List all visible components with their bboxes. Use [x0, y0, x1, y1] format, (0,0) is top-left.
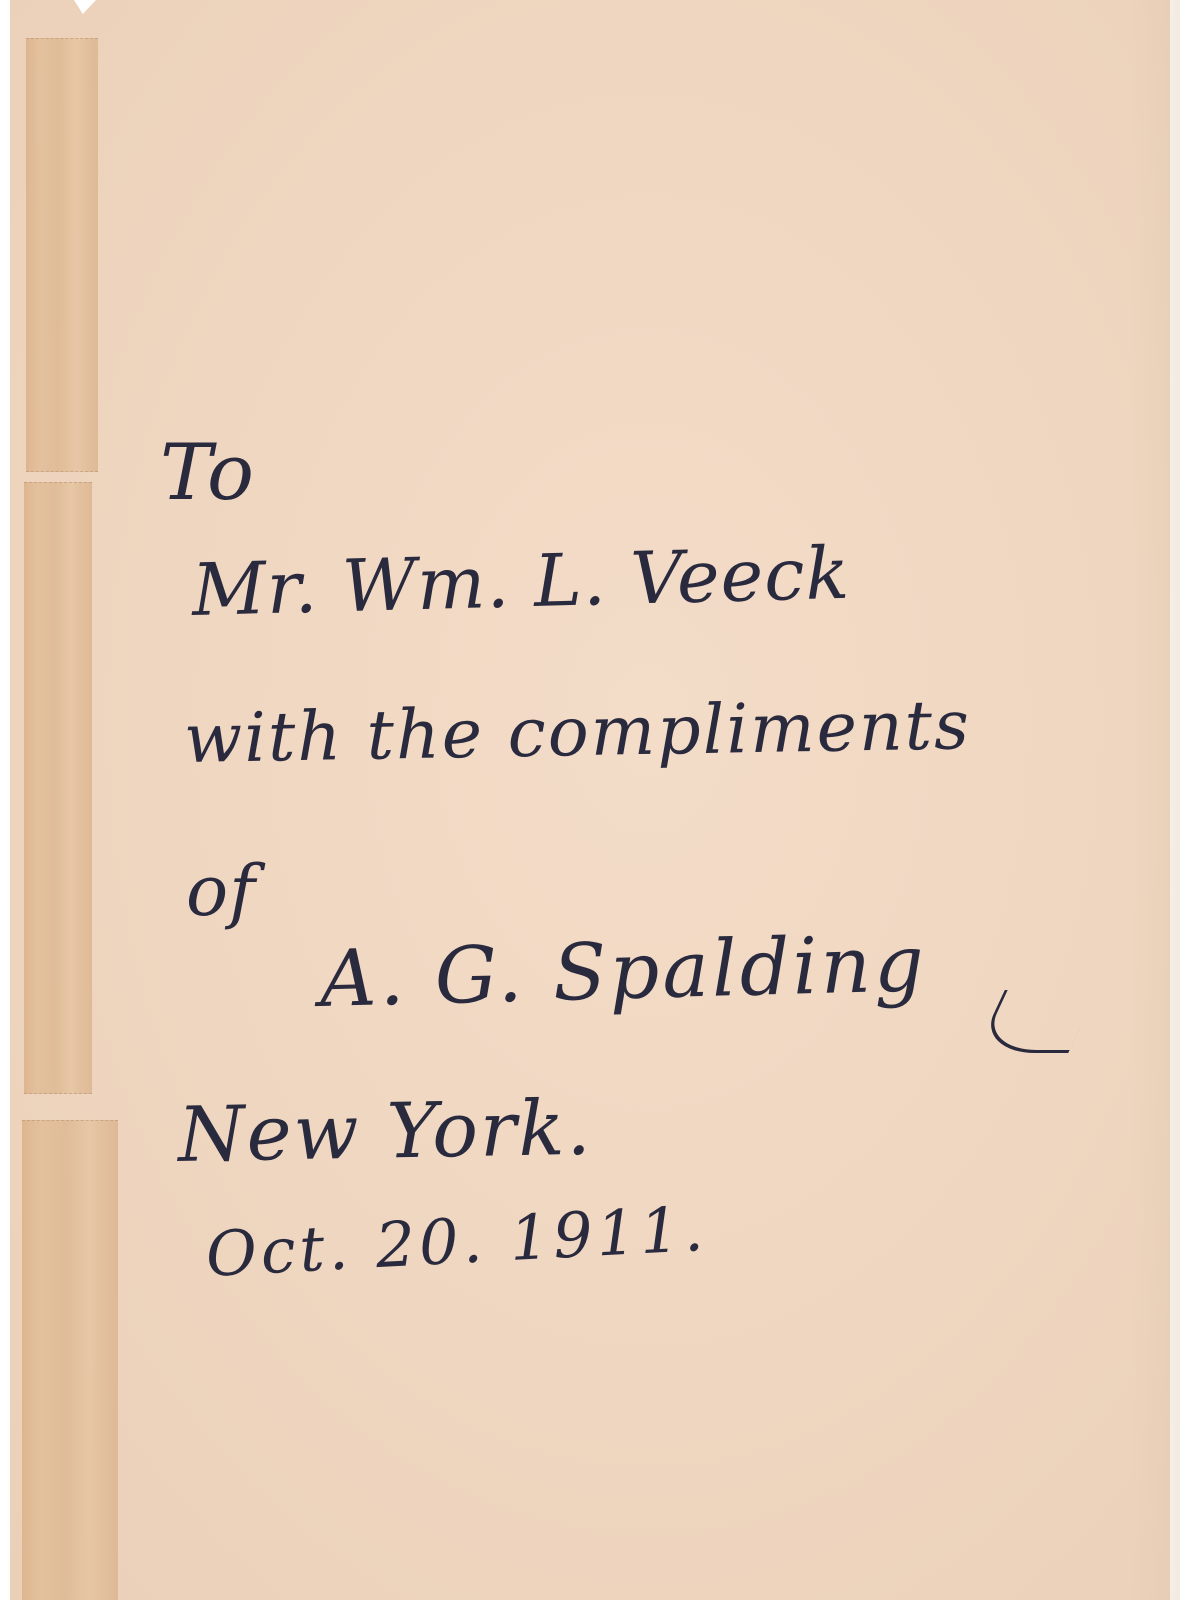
- inscription-place: New York.: [177, 1083, 593, 1179]
- torn-corner: [74, 0, 96, 14]
- inscription-date: Oct. 20. 1911.: [204, 1192, 709, 1291]
- binding-tape-bottom: [22, 1120, 118, 1600]
- page-edge-shadow: [1130, 0, 1180, 1600]
- inscription-salutation: To: [160, 428, 255, 518]
- binding-tape-middle: [24, 482, 92, 1094]
- binding-tape-top: [26, 38, 98, 472]
- inscription-compliments: with the compliments: [183, 686, 971, 779]
- paper-page: To Mr. Wm. L. Veeck with the compliments…: [10, 0, 1170, 1600]
- signature: A. G. Spalding: [319, 919, 928, 1025]
- signature-flourish: [975, 990, 1097, 1053]
- inscription-of: of: [186, 850, 256, 932]
- inscription-recipient: Mr. Wm. L. Veeck: [191, 531, 851, 632]
